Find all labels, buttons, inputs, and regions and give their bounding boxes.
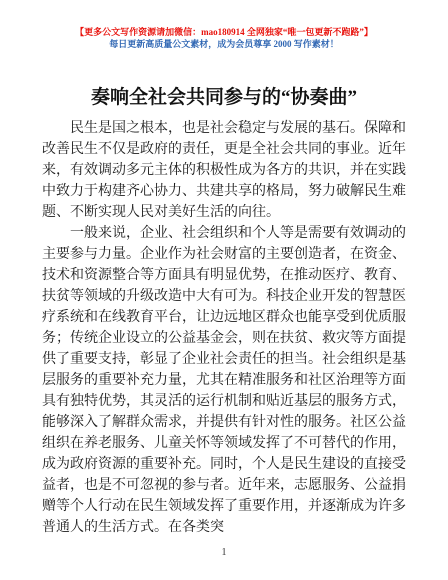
body-paragraph-2: 一般来说，企业、社会组织和个人等是需要有效调动的主要参与力量。企业作为社会财富的… — [42, 223, 406, 538]
ad-banner-line-2: 每日更新高质量公文素材，成为会员尊享 2000 写作素材！ — [0, 38, 448, 50]
ad-banner: 【更多公文写作资源请加微信：mao180914 全网独家“唯一包更新不跑路”】 … — [0, 0, 448, 50]
body-paragraph-1: 民生是国之根本，也是社会稳定与发展的基石。保障和改善民生不仅是政府的责任，更是全… — [42, 118, 406, 223]
document-body: 民生是国之根本，也是社会稳定与发展的基石。保障和改善民生不仅是政府的责任，更是全… — [42, 118, 406, 538]
document-title: 奏响全社会共同参与的“协奏曲” — [20, 87, 428, 109]
document-page: 【更多公文写作资源请加微信：mao180914 全网独家“唯一包更新不跑路”】 … — [0, 0, 448, 580]
ad-banner-line-1: 【更多公文写作资源请加微信：mao180914 全网独家“唯一包更新不跑路”】 — [0, 26, 448, 38]
page-number: 1 — [0, 547, 448, 558]
